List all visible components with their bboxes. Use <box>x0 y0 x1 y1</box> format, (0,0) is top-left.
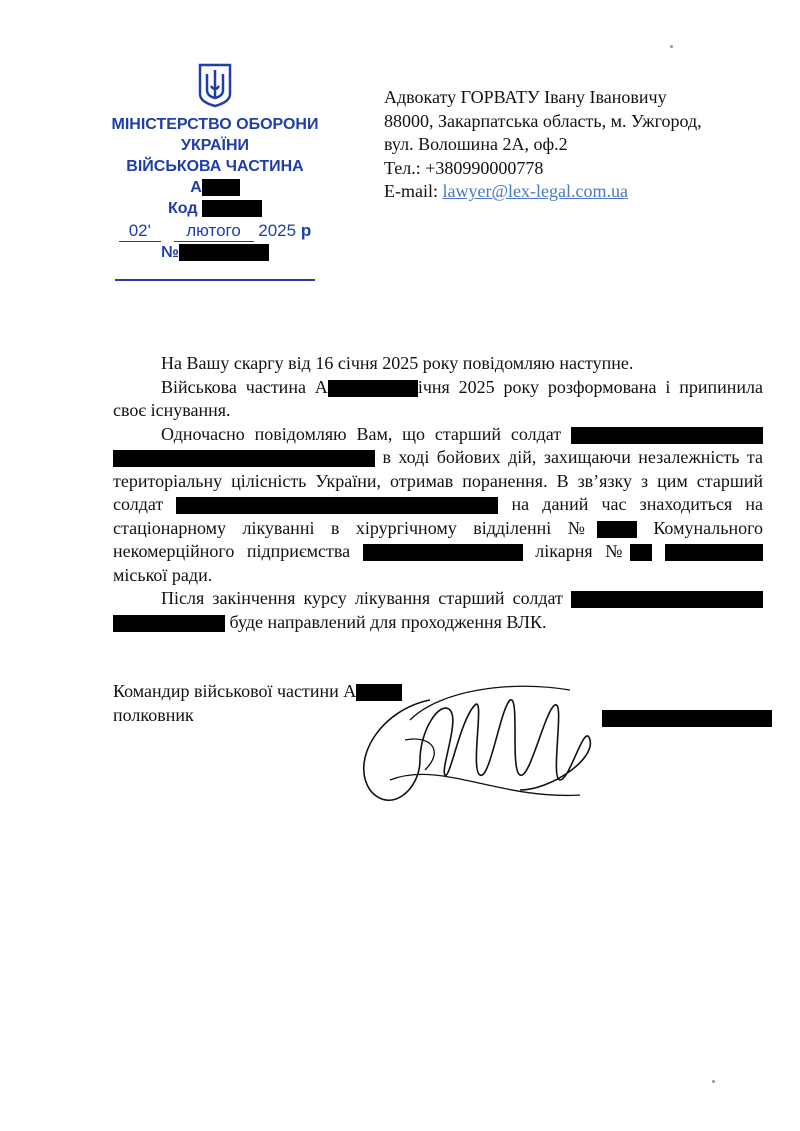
redacted-soldier-name-3 <box>571 591 763 608</box>
date-year: 2025 <box>258 221 296 241</box>
addressee-phone: Тел.: +380990000778 <box>384 157 702 181</box>
number-label: № <box>161 244 179 261</box>
scan-speck <box>712 1080 715 1083</box>
paragraph-1: На Вашу скаргу від 16 січня 2025 року по… <box>113 352 763 376</box>
addressee-block: Адвокату ГОРВАТУ Івану Івановичу 88000, … <box>384 86 702 204</box>
redacted-unit-number <box>202 179 240 196</box>
redacted-soldier-name-3-cont <box>113 615 225 632</box>
addressee-name: Адвокату ГОРВАТУ Івану Івановичу <box>384 86 702 110</box>
signatory-title: Командир військової частини А <box>113 681 356 701</box>
ukraine-trident-icon <box>197 62 233 108</box>
redacted-department <box>597 521 637 538</box>
unit-prefix: А <box>190 179 202 196</box>
redacted-doc-number <box>179 244 269 261</box>
date-suffix: р <box>301 221 311 240</box>
ministry-line2: УКРАЇНИ <box>110 135 320 156</box>
redacted-hospital-number <box>630 544 652 561</box>
redacted-unit <box>328 380 418 397</box>
email-label: E-mail: <box>384 181 438 201</box>
paragraph-4: Після закінчення курсу лікування старший… <box>113 587 763 634</box>
stamp-underline <box>115 279 315 281</box>
addressee-address-1: 88000, Закарпатська область, м. Ужгород, <box>384 110 702 134</box>
date-month: лютого <box>174 221 254 242</box>
redacted-soldier-name <box>571 427 763 444</box>
redacted-soldier-name-cont <box>113 450 375 467</box>
code-label: Код <box>168 200 197 217</box>
unit-label: ВІЙСЬКОВА ЧАСТИНА <box>110 156 320 177</box>
date-line: 02' лютого 2025 р <box>110 221 320 242</box>
redacted-signatory-name <box>602 710 772 727</box>
redacted-hospital <box>363 544 523 561</box>
paragraph-2: Військова частина Аічня 2025 року розфор… <box>113 376 763 423</box>
redacted-soldier-name-2 <box>176 497 498 514</box>
date-day: 02' <box>119 221 161 242</box>
redacted-city <box>665 544 763 561</box>
letter-body: На Вашу скаргу від 16 січня 2025 року по… <box>113 352 763 634</box>
official-stamp-header: МІНІСТЕРСТВО ОБОРОНИ УКРАЇНИ ВІЙСЬКОВА Ч… <box>110 62 320 281</box>
handwritten-signature <box>350 680 610 815</box>
redacted-code <box>202 200 262 217</box>
scan-speck <box>670 45 673 48</box>
paragraph-3: Одночасно повідомляю Вам, що старший сол… <box>113 423 763 588</box>
ministry-line1: МІНІСТЕРСТВО ОБОРОНИ <box>110 114 320 135</box>
email-link[interactable]: lawyer@lex-legal.com.ua <box>442 181 628 201</box>
addressee-address-2: вул. Волошина 2А, оф.2 <box>384 133 702 157</box>
